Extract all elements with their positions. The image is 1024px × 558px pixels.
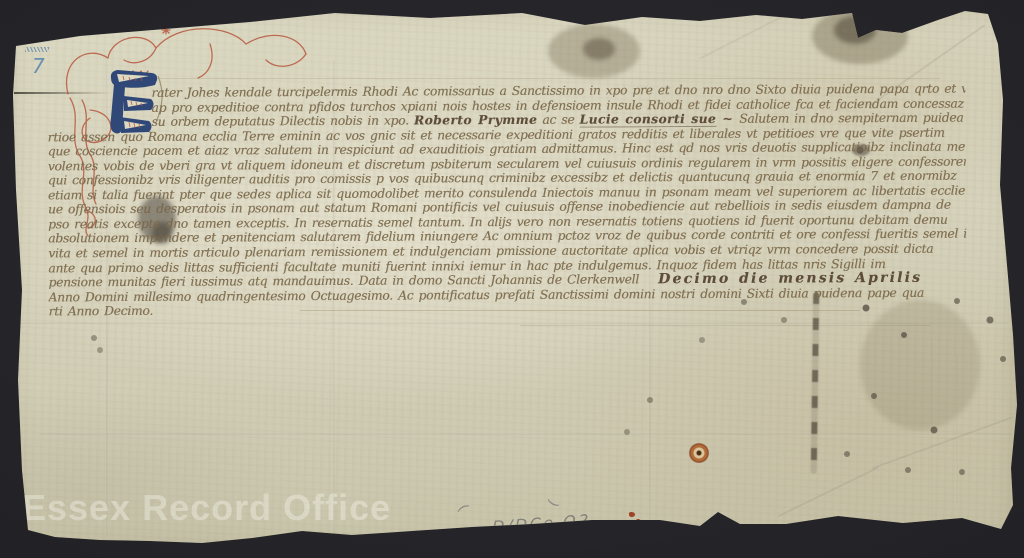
diagonal-crease [778,467,879,518]
shelfmark-reference: D/DCe Q2 [492,511,591,537]
stain [860,300,980,430]
dark-ink-filled-crease [811,292,820,474]
pencil-bracket-left: ( [454,502,471,514]
red-mark [629,512,635,517]
manuscript-text: rater Johes kendale turcipelermis Rhodi … [47,82,966,320]
horizontal-fold-crease [40,434,1012,436]
inserted-hand-text: Roberto Prymme [414,112,537,128]
diagonal-crease [700,16,783,59]
main-hand-text: su orbem deputatus Dilectis nobis in xpo… [152,114,414,129]
main-hand-text: Salutem in dno sempiternam puidea dr vni… [739,111,965,126]
red-mark [636,519,641,525]
parchment-sheet: rater Johes kendale turcipelermis Rhodi … [0,0,1024,558]
stain [583,38,615,60]
main-hand-text: ac se [537,113,579,127]
stain [834,16,876,44]
ink-speckles [0,0,4,4]
horizontal-fold-crease [20,323,1008,325]
pencil-bracket-right: ) [544,497,561,509]
pressmark-letter: H. [25,24,52,46]
photograph-of-parchment-indulgence: rater Johes kendale turcipelermis Rhodi … [0,0,1024,558]
stain [812,8,908,64]
wax-seal-spot [689,443,709,463]
pressmark-number: 7 [25,54,52,78]
inserted-hand-text: ~ [716,111,739,126]
main-hand-text: rti Anno Decimo. [49,304,153,319]
inserted-hand-text: Lucie consorti sue [579,111,716,128]
archive-watermark: Essex Record Office [22,488,391,528]
pressmark-underline-hatch [25,47,49,52]
ruling-line [520,325,930,326]
pressmark-h7: H. 7 [25,24,52,78]
